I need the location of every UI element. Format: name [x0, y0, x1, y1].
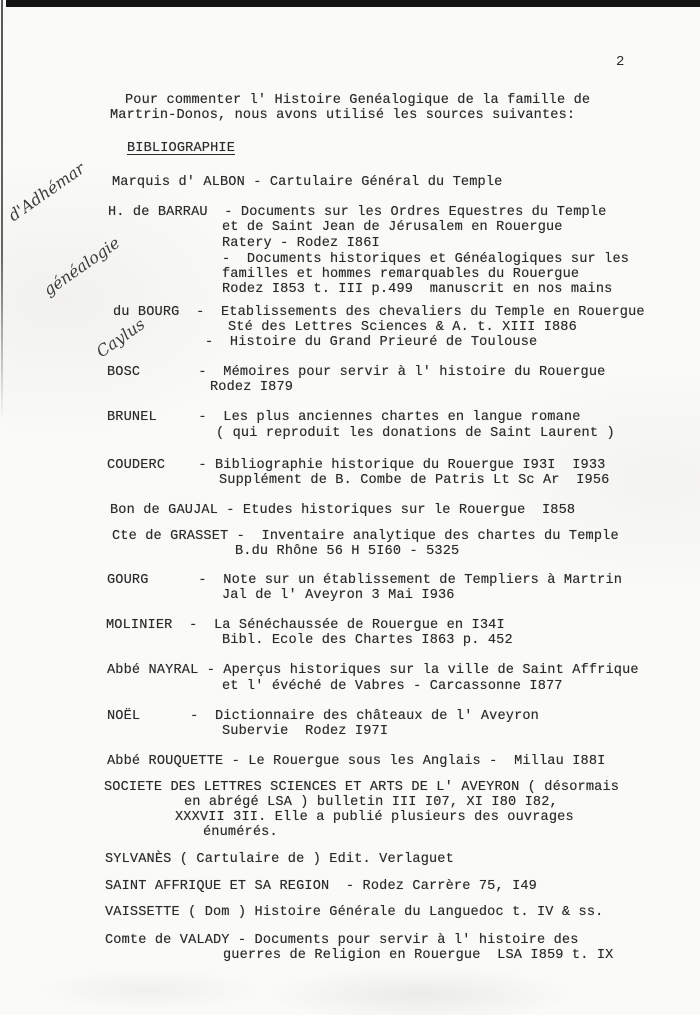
bibliography-entry-line: Rodez I853 t. III p.499 manuscrit en nos… [222, 282, 700, 297]
intro-line: Pour commenter l' Histoire Genéalogique … [125, 93, 700, 108]
bibliography-entry-line: familles et hommes remarquables du Rouer… [222, 267, 700, 282]
bibliography-heading: BIBLIOGRAPHIE [127, 141, 700, 156]
typewritten-page-body: Pour commenter l' Histoire Genéalogique … [104, 93, 700, 963]
bibliography-entry-line: H. de BARRAU - Documents sur les Ordres … [108, 205, 700, 220]
bibliography-entry-line: BRUNEL - Les plus anciennes chartes en l… [107, 410, 700, 425]
bibliography-entry-line: BOSC - Mémoires pour servir à l' histoir… [107, 365, 700, 380]
bibliography-entry-line: Bon de GAUJAL - Etudes historiques sur l… [110, 503, 700, 518]
bibliography-entry-line: B.du Rhône 56 H 5I60 - 5325 [235, 544, 700, 559]
bibliography-entry-line: Supplément de B. Combe de Patris Lt Sc A… [219, 473, 700, 488]
bibliography-entry-line: ( qui reproduit les donations de Saint L… [216, 426, 700, 441]
bibliography-entry-line: XXXVII 3II. Elle a publié plusieurs des … [175, 810, 700, 825]
bibliography-entry-line: en abrégé LSA ) bulletin III I07, XI I80… [184, 795, 700, 810]
bibliography-entry-line: Abbé NAYRAL - Aperçus historiques sur la… [107, 663, 700, 678]
bibliography-entry-line: et l' évéché de Vabres - Carcassonne I87… [222, 679, 700, 694]
bibliography-entry-line: Bibl. Ecole des Chartes I863 p. 452 [222, 633, 700, 648]
bibliography-entry-line: MOLINIER - La Sénéchaussée de Rouergue e… [106, 618, 700, 633]
bibliography-entry-line: GOURG - Note sur un établissement de Tem… [107, 573, 700, 588]
bibliography-entry-line: - Documents historiques et Généalogiques… [222, 252, 700, 267]
bibliography-entry-line: COUDERC - Bibliographie historique du Ro… [107, 458, 700, 473]
bibliography-entry-line: Sté des Lettres Sciences & A. t. XIII I8… [228, 320, 700, 335]
margin-annotation-line: d'Adhémar [0, 155, 90, 236]
bibliography-entry-line: Ratery - Rodez I86I [222, 236, 700, 251]
bibliography-entry-line: Comte de VALADY - Documents pour servir … [105, 933, 700, 948]
bibliography-entry-line: Rodez I879 [210, 380, 700, 395]
scan-top-edge-bar [6, 0, 700, 7]
bibliography-entry-line: du BOURG - Etablissements des chevaliers… [113, 305, 700, 320]
bibliography-entry-line: énumérés. [203, 825, 700, 840]
bibliography-entry-line: SOCIETE DES LETTRES SCIENCES ET ARTS DE … [104, 780, 700, 795]
bibliography-entry-line: VAISSETTE ( Dom ) Histoire Générale du L… [105, 905, 700, 920]
bibliography-entry-line: SYLVANÈS ( Cartulaire de ) Edit. Verlagu… [105, 852, 700, 867]
bibliography-entry-line: Abbé ROUQUETTE - Le Rouergue sous les An… [107, 754, 700, 769]
page-number: 2 [616, 54, 625, 70]
bibliography-entry-line: Jal de l' Aveyron 3 Mai I936 [222, 588, 700, 603]
bibliography-entry-line: Marquis d' ALBON - Cartulaire Général du… [112, 175, 700, 190]
bibliography-entry-line: Cte de GRASSET - Inventaire analytique d… [112, 529, 700, 544]
bibliography-entry-line: - Histoire du Grand Prieuré de Toulouse [205, 335, 700, 350]
bibliography-entry-line: NOËL - Dictionnaire des châteaux de l' A… [107, 709, 700, 724]
bibliography-entry-line: Subervie Rodez I97I [222, 724, 700, 739]
bibliography-entry-line: SAINT AFFRIQUE ET SA REGION - Rodez Carr… [105, 879, 700, 894]
bibliography-entry-line: guerres de Religion en Rouergue LSA I859… [223, 948, 700, 963]
intro-line: Martrin-Donos, nous avons utilisé les so… [110, 108, 700, 123]
bibliography-entry-line: et de Saint Jean de Jérusalem en Rouergu… [222, 220, 700, 235]
